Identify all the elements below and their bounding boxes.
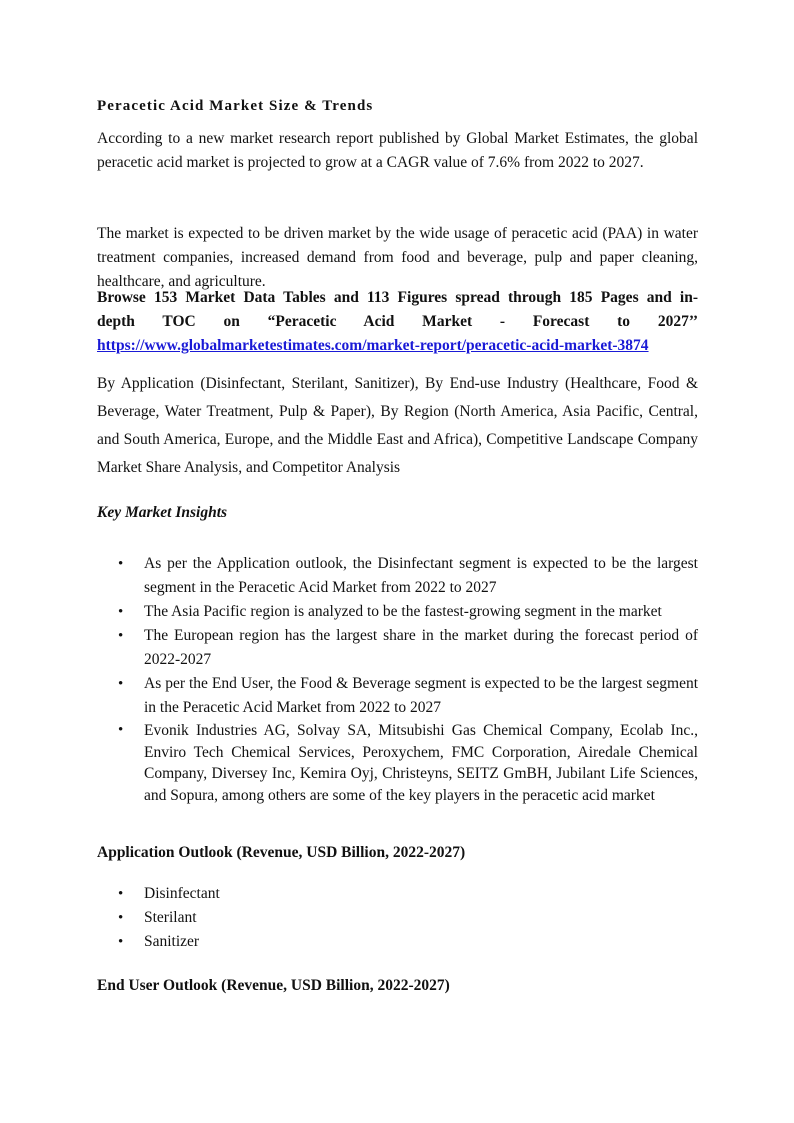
bullet-icon: • — [118, 906, 123, 930]
list-item: •Evonik Industries AG, Solvay SA, Mitsub… — [97, 720, 698, 806]
report-link[interactable]: https://www.globalmarketestimates.com/ma… — [97, 337, 649, 354]
list-item: •Disinfectant — [97, 882, 698, 906]
bullet-icon: • — [118, 882, 123, 906]
segmentation-paragraph: By Application (Disinfectant, Sterilant,… — [97, 370, 698, 482]
intro-paragraph: According to a new market research repor… — [97, 127, 698, 175]
key-insights-list: •As per the Application outlook, the Dis… — [97, 552, 698, 806]
page-title: Peracetic Acid Market Size & Trends — [97, 97, 698, 115]
browse-line-2: depth TOC on “Peracetic Acid Market - Fo… — [97, 310, 698, 334]
bullet-icon: • — [118, 624, 123, 648]
browse-paragraph: Browse 153 Market Data Tables and 113 Fi… — [97, 286, 698, 358]
end-user-outlook-heading: End User Outlook (Revenue, USD Billion, … — [97, 977, 698, 995]
application-outlook-heading: Application Outlook (Revenue, USD Billio… — [97, 844, 698, 862]
list-item: •The Asia Pacific region is analyzed to … — [97, 600, 698, 624]
list-item: •Sterilant — [97, 906, 698, 930]
drivers-paragraph: The market is expected to be driven mark… — [97, 222, 698, 294]
bullet-icon: • — [118, 600, 123, 624]
list-item: •The European region has the largest sha… — [97, 624, 698, 672]
bullet-icon: • — [118, 720, 123, 742]
list-item: •As per the End User, the Food & Beverag… — [97, 672, 698, 720]
browse-line-1: Browse 153 Market Data Tables and 113 Fi… — [97, 286, 698, 310]
key-insights-heading: Key Market Insights — [97, 504, 698, 522]
bullet-icon: • — [118, 672, 123, 696]
list-item: •Sanitizer — [97, 930, 698, 954]
bullet-icon: • — [118, 552, 123, 576]
application-outlook-list: •Disinfectant •Sterilant •Sanitizer — [97, 882, 698, 954]
bullet-icon: • — [118, 930, 123, 954]
list-item: •As per the Application outlook, the Dis… — [97, 552, 698, 600]
